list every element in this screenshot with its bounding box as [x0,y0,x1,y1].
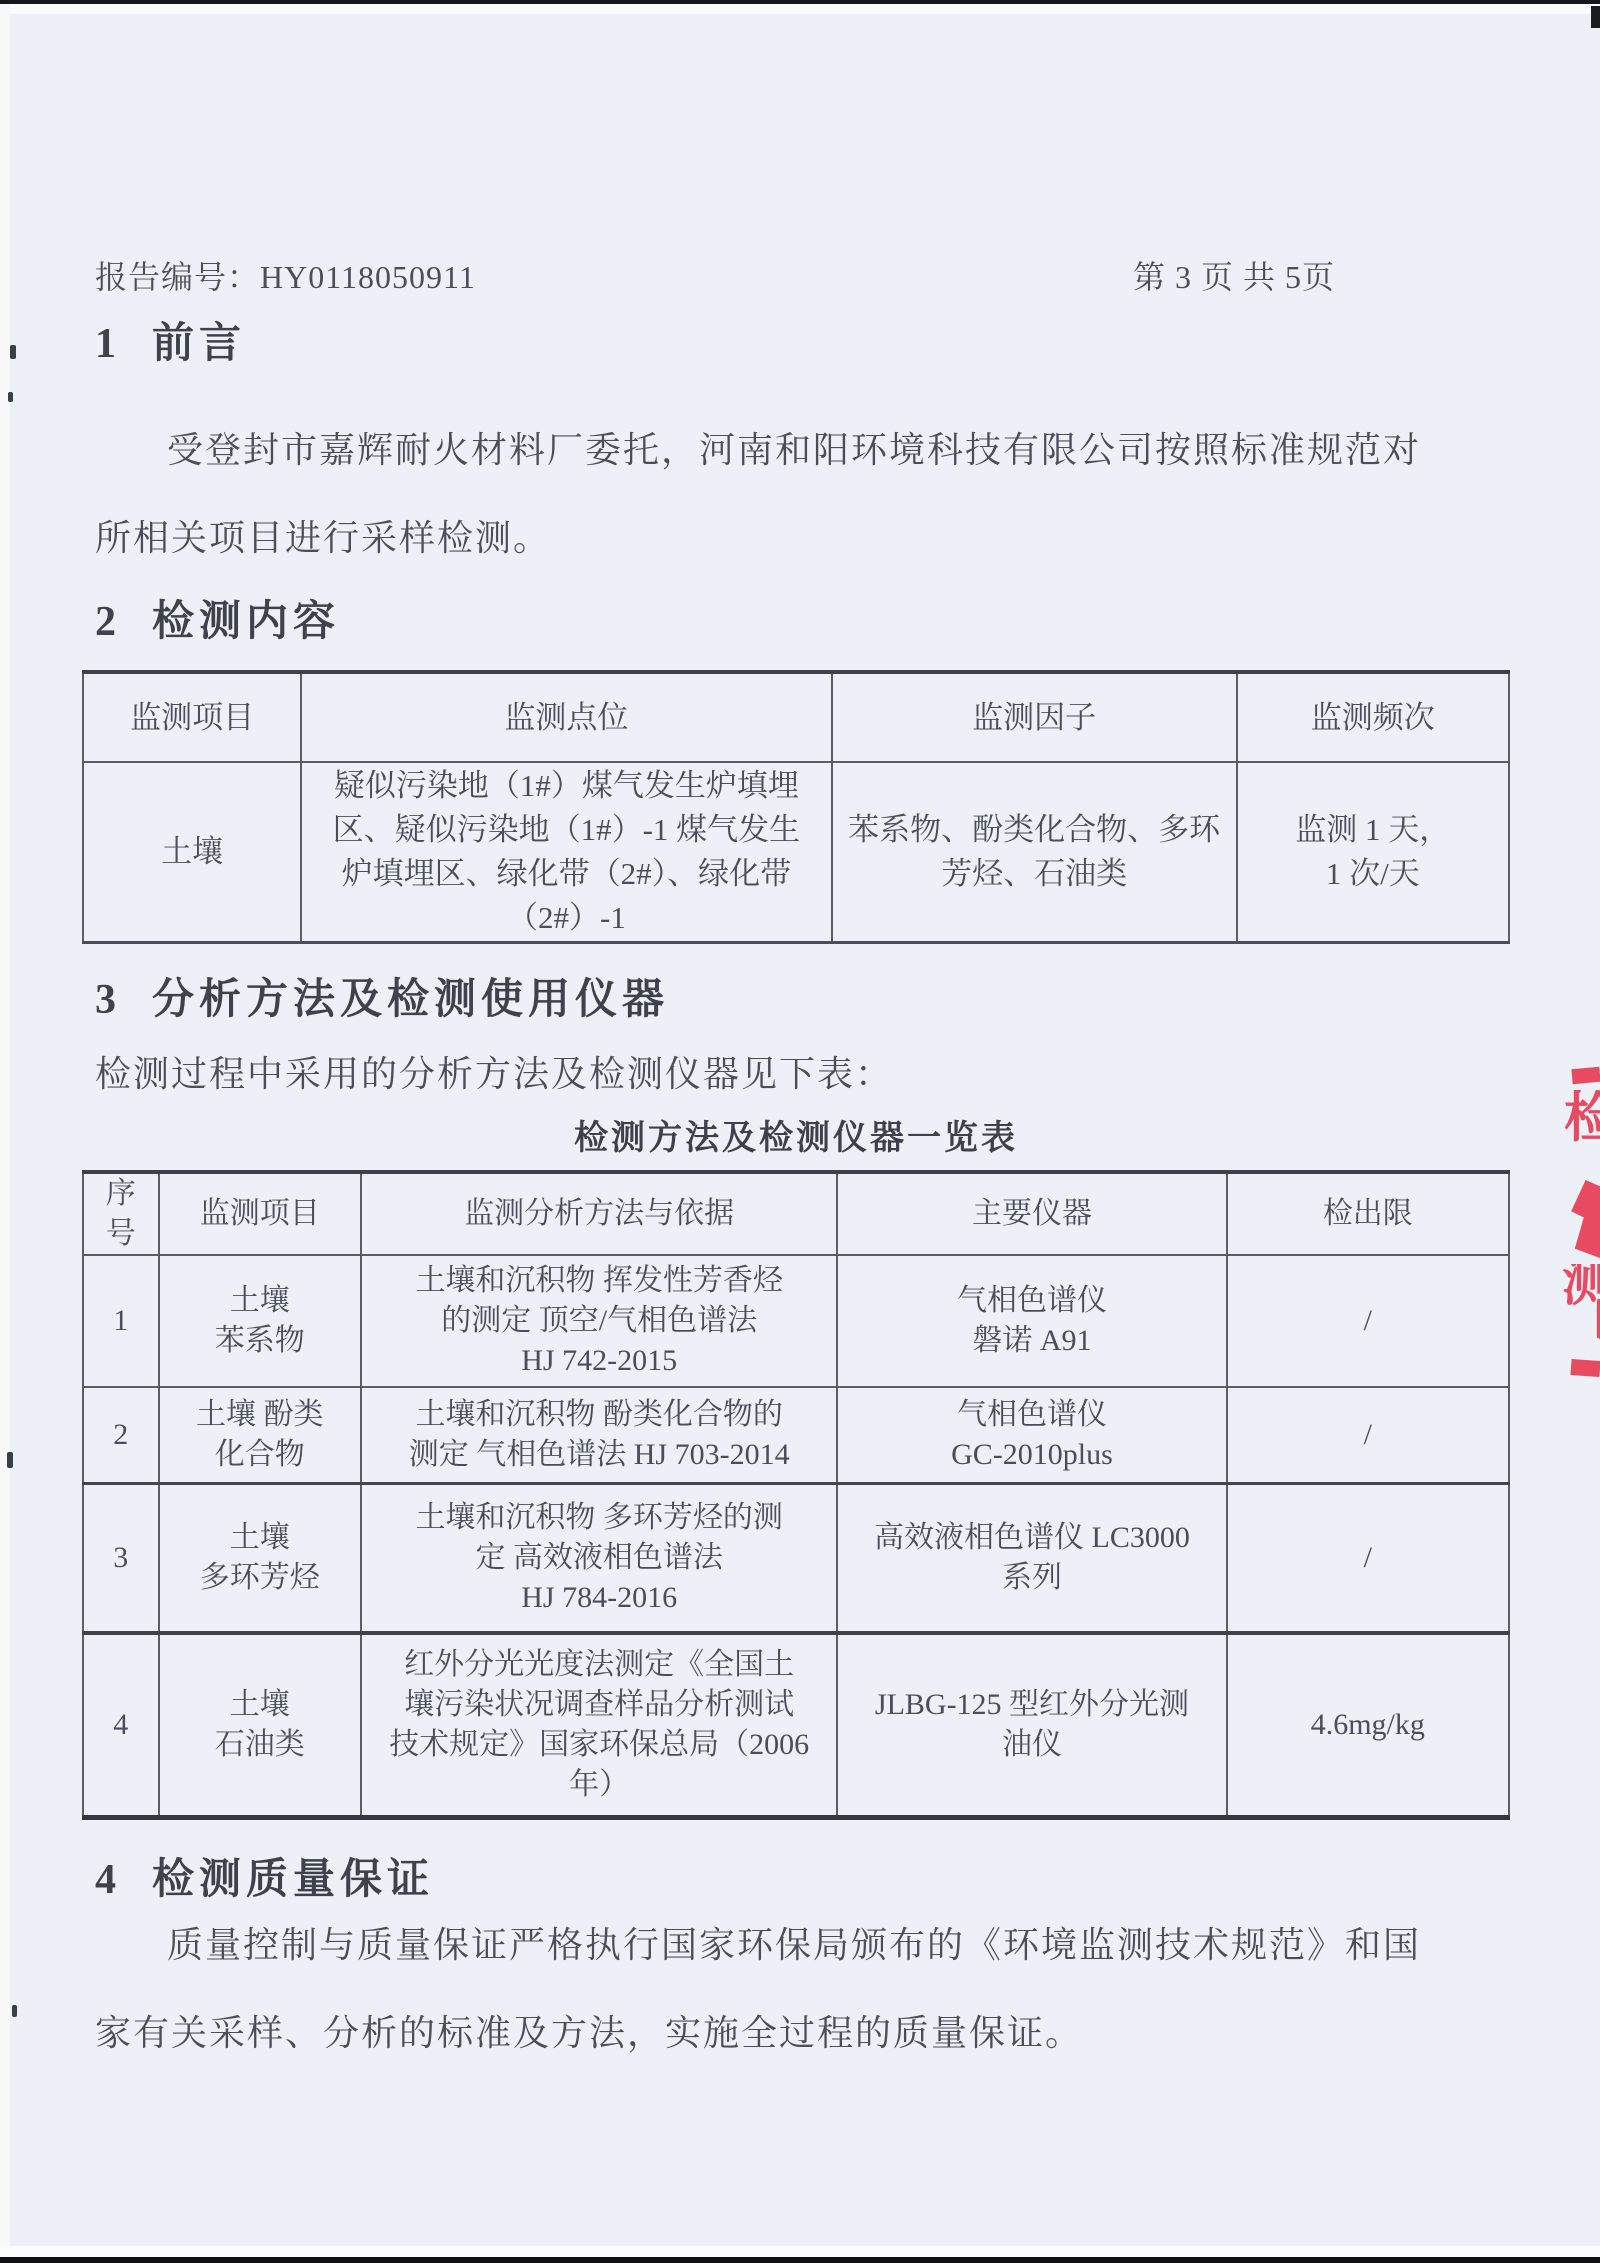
section-3-intro: 检测过程中采用的分析方法及检测仪器见下表： [95,1046,893,1097]
section-1-number: 1 [95,318,116,370]
col-header-factors: 监测因子 [832,672,1237,762]
cell-limit: 4.6mg/kg [1227,1633,1509,1817]
section-4-number: 4 [95,1854,116,1906]
scanned-report-page: 报告编号：HY0118050911 第 3 页 共 5页 1 前言 受登封市嘉辉… [0,0,1600,2263]
table-header-row: 序号 监测项目 监测分析方法与依据 主要仪器 检出限 [83,1172,1509,1255]
cell-method: 土壤和沉积物 挥发性芳香烃 的测定 顶空/气相色谱法 HJ 742-2015 [361,1255,837,1387]
cell-limit: / [1227,1483,1509,1633]
cell-instrument: 气相色谱仪 GC-2010plus [837,1387,1226,1483]
col-header-item: 监测项目 [159,1172,361,1255]
col-header-item: 监测项目 [83,672,301,762]
section-3-heading: 3 分析方法及检测使用仪器 [95,974,669,1026]
cell-item: 土壤 苯系物 [159,1255,361,1387]
scan-margin-left [0,4,10,2257]
col-header-no: 序号 [83,1172,159,1255]
section-1-paragraph: 受登封市嘉辉耐火材料厂委托，河南和阳环境科技有限公司按照标准规范对 所相关项目进… [95,406,1455,582]
methods-table-title: 检测方法及检测仪器一览表 [82,1110,1510,1159]
scan-speck [10,345,16,359]
cell-no: 2 [83,1387,159,1483]
table-row: 2 土壤 酚类 化合物 土壤和沉积物 酚类化合物的 测定 气相色谱法 HJ 70… [83,1387,1509,1483]
section-1-title: 前言 [152,318,246,370]
cell-instrument: 气相色谱仪 磐诺 A91 [837,1255,1226,1387]
cell-method: 红外分光光度法测定《全国土 壤污染状况调查样品分析测试 技术规定》国家环保总局（… [361,1633,837,1817]
col-header-frequency: 监测频次 [1237,672,1509,762]
red-stamp-fragment-char: 测〔 [1562,1264,1600,1342]
table-row: 土壤 疑似污染地（1#）煤气发生炉填埋 区、疑似污染地（1#）-1 煤气发生 炉… [83,762,1509,942]
section-2-title: 检测内容 [152,596,340,648]
scan-margin-bottom [0,2246,1600,2257]
monitoring-content-table: 监测项目 监测点位 监测因子 监测频次 土壤 疑似污染地（1#）煤气发生炉填埋 … [82,670,1510,944]
page-header: 报告编号：HY0118050911 第 3 页 共 5页 [95,252,1335,298]
table-row: 1 土壤 苯系物 土壤和沉积物 挥发性芳香烃 的测定 顶空/气相色谱法 HJ 7… [83,1255,1509,1387]
methods-instruments-table: 序号 监测项目 监测分析方法与依据 主要仪器 检出限 1 土壤 苯系物 土壤和沉… [82,1170,1510,1820]
cell-frequency: 监测 1 天， 1 次/天 [1237,762,1509,942]
section-4-heading: 4 检测质量保证 [95,1854,434,1906]
scan-margin-top [0,4,1600,14]
cell-limit: / [1227,1255,1509,1387]
section-3-title: 分析方法及检测使用仪器 [152,974,669,1026]
scan-speck [8,392,13,402]
section-1-heading: 1 前言 [95,318,246,370]
cell-points: 疑似污染地（1#）煤气发生炉填埋 区、疑似污染地（1#）-1 煤气发生 炉填埋区… [301,762,831,942]
cell-instrument: JLBG-125 型红外分光测 油仪 [837,1633,1226,1817]
section-2-heading: 2 检测内容 [95,596,340,648]
col-header-instrument: 主要仪器 [837,1172,1226,1255]
section-2-number: 2 [95,596,116,648]
section-4-title: 检测质量保证 [152,1854,434,1906]
col-header-limit: 检出限 [1227,1172,1509,1255]
scan-speck [12,2005,17,2017]
section-4-paragraph: 质量控制与质量保证严格执行国家环保局颁布的《环境监测技术规范》和国 家有关采样、… [95,1901,1455,2077]
red-stamp-fragment-char: 检 [1564,1090,1600,1148]
table-row: 3 土壤 多环芳烃 土壤和沉积物 多环芳烃的测 定 高效液相色谱法 HJ 784… [83,1483,1509,1633]
red-stamp-fragment-bar [1570,1359,1600,1377]
red-stamp-fragment-bar [1571,1067,1600,1084]
cell-no: 3 [83,1483,159,1633]
cell-item: 土壤 酚类 化合物 [159,1387,361,1483]
cell-no: 4 [83,1633,159,1817]
section-3-number: 3 [95,974,116,1026]
cell-item: 土壤 [83,762,301,942]
table-row: 4 土壤 石油类 红外分光光度法测定《全国土 壤污染状况调查样品分析测试 技术规… [83,1633,1509,1817]
report-number: 报告编号：HY0118050911 [95,252,476,298]
page-indicator: 第 3 页 共 5页 [1133,252,1335,298]
col-header-method: 监测分析方法与依据 [361,1172,837,1255]
red-stamp-fragment-blob [1564,1180,1600,1258]
cell-instrument: 高效液相色谱仪 LC3000 系列 [837,1483,1226,1633]
scan-speck [7,1452,13,1468]
scan-edge-bottom [0,2257,1600,2263]
cell-method: 土壤和沉积物 酚类化合物的 测定 气相色谱法 HJ 703-2014 [361,1387,837,1483]
cell-method: 土壤和沉积物 多环芳烃的测 定 高效液相色谱法 HJ 784-2016 [361,1483,837,1633]
cell-limit: / [1227,1387,1509,1483]
cell-item: 土壤 多环芳烃 [159,1483,361,1633]
cell-factors: 苯系物、酚类化合物、多环 芳烃、石油类 [832,762,1237,942]
col-header-points: 监测点位 [301,672,831,762]
table-header-row: 监测项目 监测点位 监测因子 监测频次 [83,672,1509,762]
cell-no: 1 [83,1255,159,1387]
scan-corner-blob [1591,6,1600,28]
cell-item: 土壤 石油类 [159,1633,361,1817]
